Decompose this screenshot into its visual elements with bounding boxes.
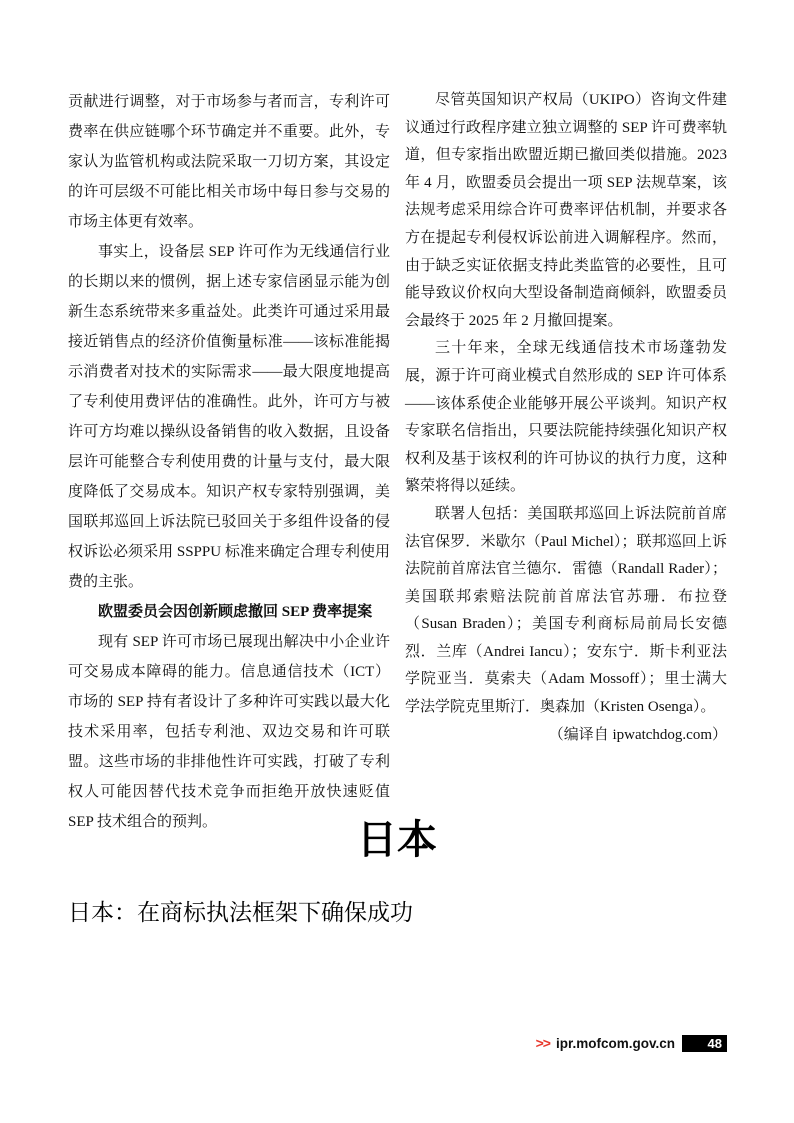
article-title: 日本：在商标执法框架下确保成功 [68, 897, 728, 927]
paragraph: 尽管英国知识产权局（UKIPO）咨询文件建议通过行政程序建立独立调整的 SEP … [405, 87, 727, 335]
document-page: 贡献进行调整，对于市场参与者而言，专利许可费率在供应链哪个环节确定并不重要。此外… [0, 0, 794, 1123]
left-column: 贡献进行调整，对于市场参与者而言，专利许可费率在供应链哪个环节确定并不重要。此外… [68, 87, 390, 837]
two-column-text-area: 贡献进行调整，对于市场参与者而言，专利许可费率在供应链哪个环节确定并不重要。此外… [68, 87, 728, 837]
paragraph: 现有 SEP 许可市场已展现出解决中小企业许可交易成本障碍的能力。信息通信技术（… [68, 627, 390, 837]
double-chevron-icon: >> [536, 1035, 550, 1052]
inline-section-heading: 欧盟委员会因创新顾虑撤回 SEP 费率提案 [68, 597, 390, 627]
footer-site-url: ipr.mofcom.gov.cn [556, 1035, 675, 1052]
page-footer: >> ipr.mofcom.gov.cn 48 [536, 1035, 727, 1052]
paragraph: 联署人包括：美国联邦巡回上诉法院前首席法官保罗．米歇尔（Paul Michel）… [405, 501, 727, 722]
page-number-badge: 48 [682, 1035, 727, 1052]
paragraph-continuation: 贡献进行调整，对于市场参与者而言，专利许可费率在供应链哪个环节确定并不重要。此外… [68, 87, 390, 237]
paragraph: 三十年来，全球无线通信技术市场蓬勃发展，源于许可商业模式自然形成的 SEP 许可… [405, 335, 727, 501]
source-attribution: （编译自 ipwatchdog.com） [405, 722, 727, 750]
section-heading-japan: 日本 [0, 818, 794, 862]
paragraph: 事实上，设备层 SEP 许可作为无线通信行业的长期以来的惯例，据上述专家信函显示… [68, 237, 390, 597]
right-column: 尽管英国知识产权局（UKIPO）咨询文件建议通过行政程序建立独立调整的 SEP … [405, 87, 727, 837]
